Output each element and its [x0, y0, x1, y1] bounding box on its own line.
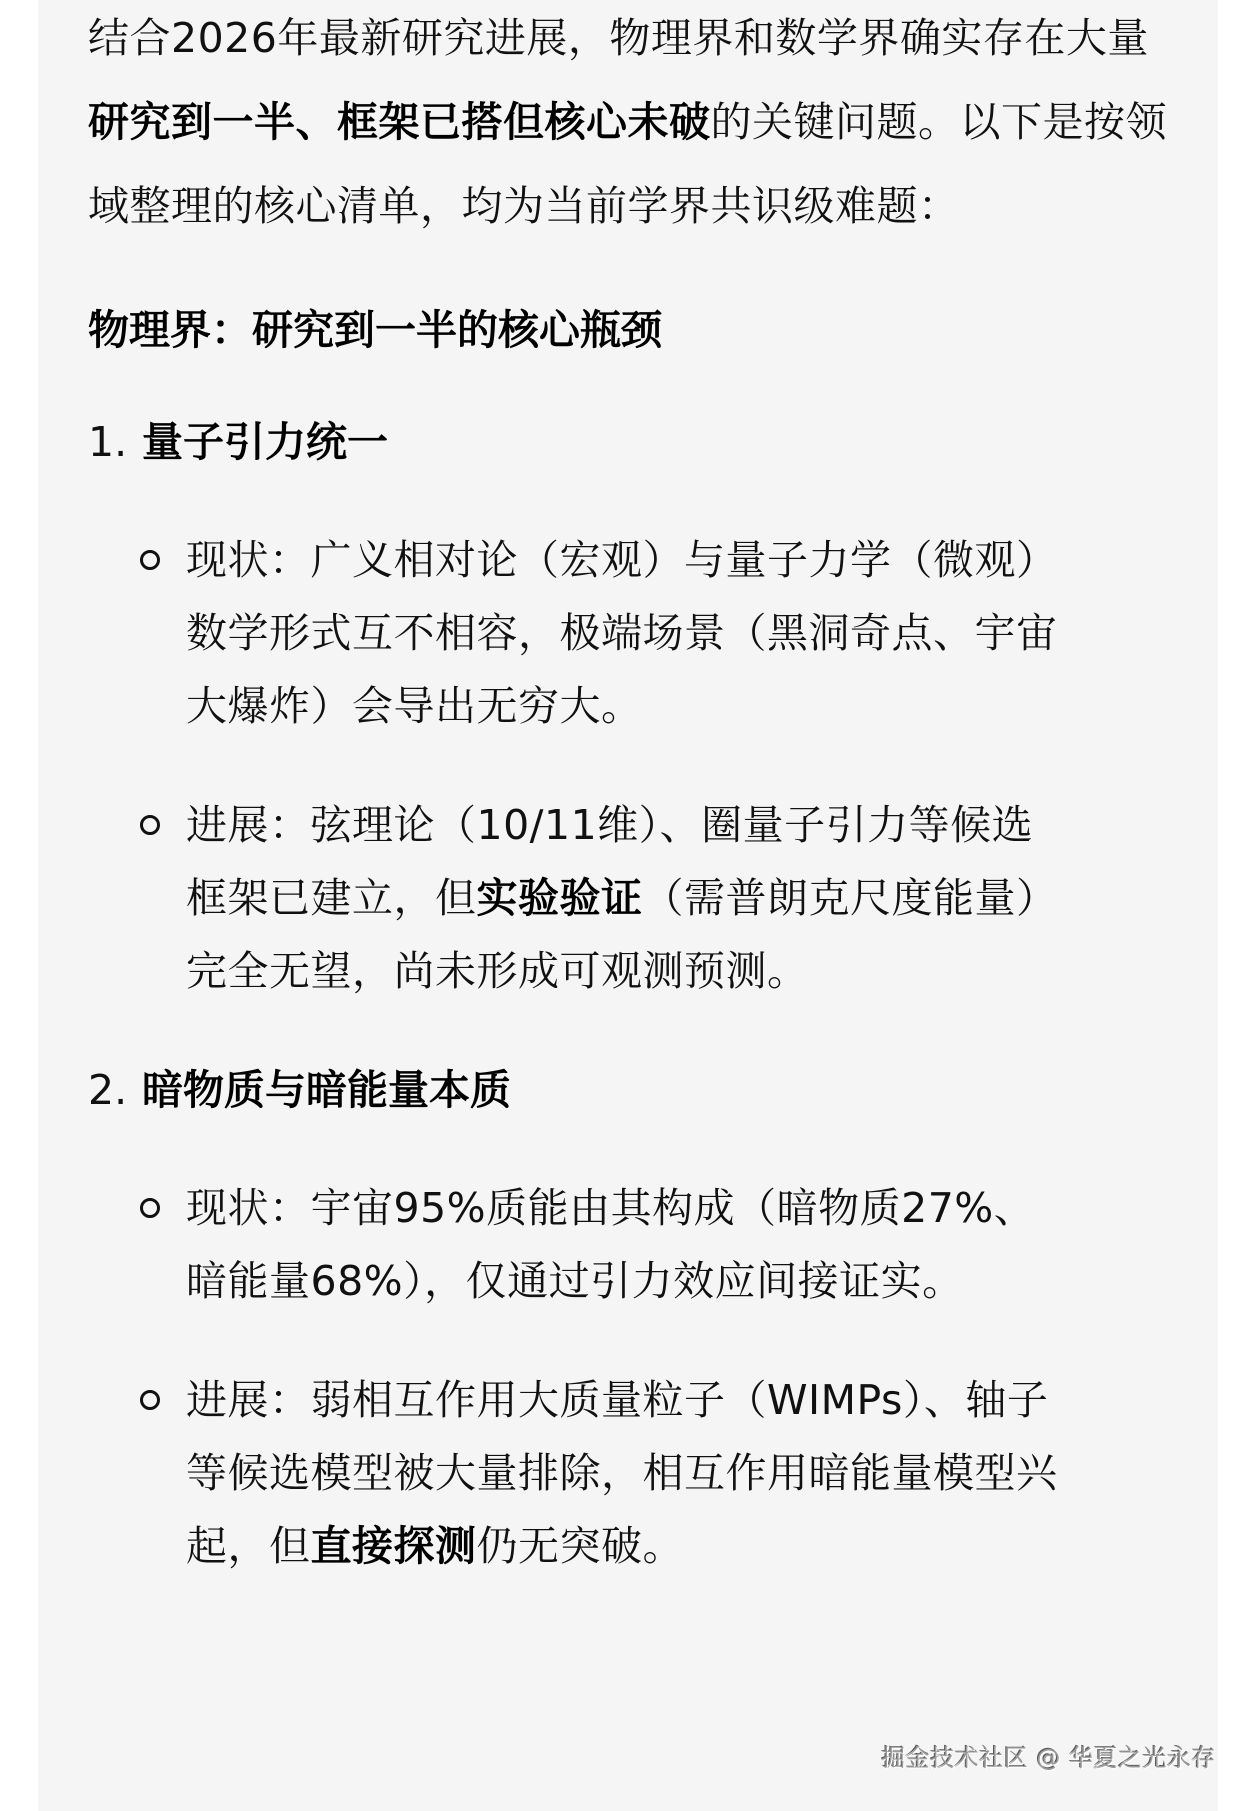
watermark: 掘金技术社区 @ 华夏之光永存	[881, 1738, 1216, 1773]
list-item: 进展：弦理论（10/11维）、圈量子引力等候选框架已建立，但实验验证（需普朗克尺…	[88, 789, 1168, 1008]
bullet-text: 现状：宇宙95%质能由其构成（暗物质27%、暗能量68%），仅通过引力效应间接证…	[186, 1172, 1066, 1318]
hollow-bullet-icon	[140, 1198, 160, 1218]
list-item: 现状：广义相对论（宏观）与量子力学（微观）数学形式互不相容，极端场景（黑洞奇点、…	[88, 524, 1168, 743]
section-header: 物理界：研究到一半的核心瓶颈	[88, 300, 1168, 360]
article-content: 结合2026年最新研究进展，物理界和数学界确实存在大量研究到一半、框架已搭但核心…	[88, 0, 1168, 1629]
topic-number: 1.	[88, 412, 142, 472]
bullet-bold-text: 直接探测	[311, 1522, 477, 1570]
bullet-text: 进展：弱相互作用大质量粒子（WIMPs）、轴子等候选模型被大量排除，相互作用暗能…	[186, 1364, 1066, 1583]
bullet-bold-text: 实验验证	[477, 874, 643, 922]
list-item: 现状：宇宙95%质能由其构成（暗物质27%、暗能量68%），仅通过引力效应间接证…	[88, 1172, 1168, 1318]
hollow-bullet-icon	[140, 550, 160, 570]
bullet-text: 现状：广义相对论（宏观）与量子力学（微观）数学形式互不相容，极端场景（黑洞奇点、…	[186, 524, 1066, 743]
bullet-text-part: 现状：宇宙95%质能由其构成（暗物质27%、暗能量68%），仅通过引力效应间接证…	[186, 1184, 1035, 1305]
hollow-bullet-icon	[140, 1390, 160, 1410]
topic-title: 暗物质与暗能量本质	[142, 1060, 511, 1120]
bullet-text-part: 现状：广义相对论（宏观）与量子力学（微观）数学形式互不相容，极端场景（黑洞奇点、…	[186, 536, 1058, 730]
bullet-text-part: 仍无突破。	[477, 1522, 685, 1570]
topic-heading: 2. 暗物质与暗能量本质	[88, 1060, 1168, 1120]
intro-bold-text: 研究到一半、框架已搭但核心未破	[88, 98, 711, 146]
topic-heading: 1. 量子引力统一	[88, 412, 1168, 472]
hollow-bullet-icon	[140, 815, 160, 835]
list-item: 进展：弱相互作用大质量粒子（WIMPs）、轴子等候选模型被大量排除，相互作用暗能…	[88, 1364, 1168, 1583]
intro-paragraph: 结合2026年最新研究进展，物理界和数学界确实存在大量研究到一半、框架已搭但核心…	[88, 0, 1168, 248]
bullet-text: 进展：弦理论（10/11维）、圈量子引力等候选框架已建立，但实验验证（需普朗克尺…	[186, 789, 1066, 1008]
topic-title: 量子引力统一	[142, 412, 388, 472]
topic-number: 2.	[88, 1060, 142, 1120]
intro-text: 结合2026年最新研究进展，物理界和数学界确实存在大量	[88, 14, 1149, 62]
